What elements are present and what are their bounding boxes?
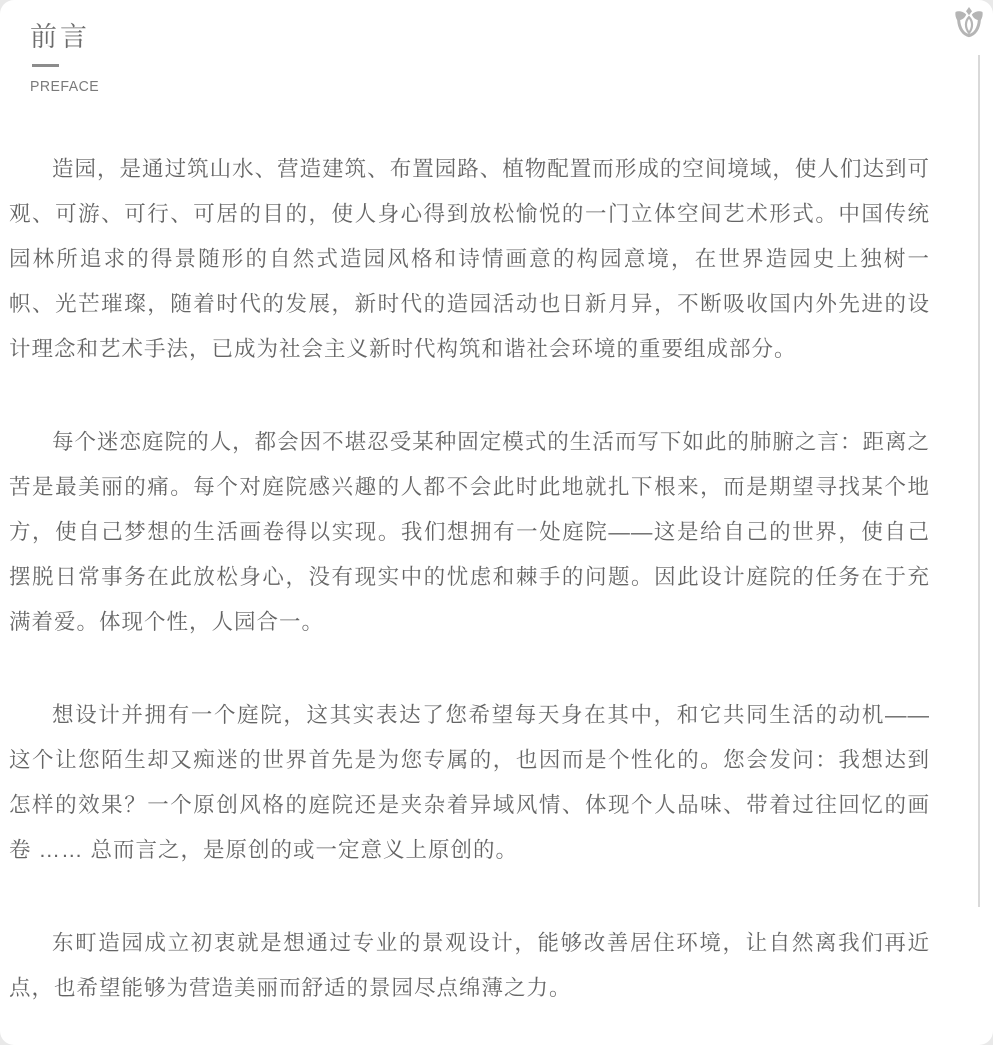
flower-crest-icon [954, 7, 984, 39]
paragraph: 造园，是通过筑山水、营造建筑、布置园路、植物配置而形成的空间境域，使人们达到可观… [9, 147, 930, 372]
paragraph: 东町造园成立初衷就是想通过专业的景观设计，能够改善居住环境，让自然离我们再近点，… [9, 921, 930, 1011]
preface-page: 前言 PREFACE 造园，是通过筑山水、营造建筑、布置园路、植物配置而形成的空… [0, 0, 993, 1045]
paragraph: 每个迷恋庭院的人，都会因不堪忍受某种固定模式的生活而写下如此的肺腑之言：距离之苦… [9, 420, 930, 645]
preface-content: 造园，是通过筑山水、营造建筑、布置园路、植物配置而形成的空间境域，使人们达到可观… [9, 147, 930, 1011]
page-subtitle: PREFACE [30, 78, 935, 95]
page-title: 前言 [30, 22, 993, 53]
title-divider [32, 64, 59, 67]
right-vertical-rule [978, 55, 980, 907]
paragraph: 想设计并拥有一个庭院，这其实表达了您希望每天身在其中，和它共同生活的动机—— 这… [9, 693, 930, 873]
page-header: 前言 PREFACE [0, 0, 993, 95]
